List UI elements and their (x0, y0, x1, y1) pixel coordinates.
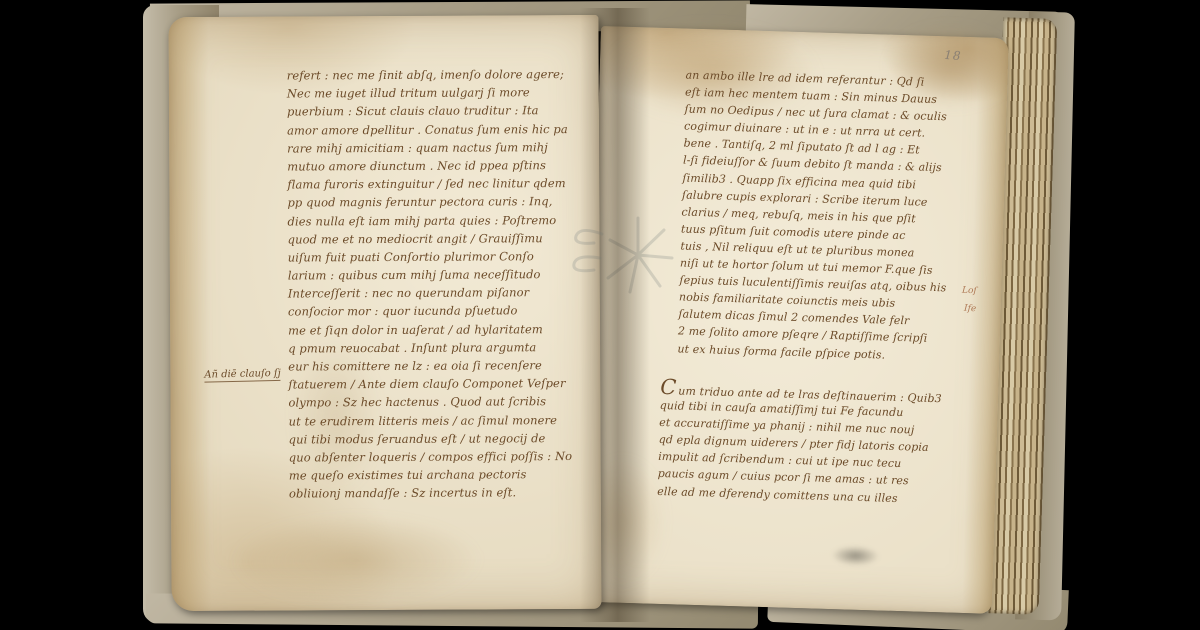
manuscript-text-line: eur his comittere ne lz : ea oia ſi rece… (288, 356, 571, 376)
fore-edge-mark: Ife (964, 304, 977, 315)
manuscript-text-line: dies nulla eſt iam mihj parta quies : Po… (287, 211, 570, 231)
manuscript-text-line: q pmum reuocabat . Inſunt plura argumta (288, 338, 571, 358)
manuscript-text-line: me queſo existimes tui archana pectoris (289, 465, 572, 485)
manuscript-text-line: qui tibi modus ſeruandus eſt / ut negoci… (289, 429, 572, 449)
manuscript-text-line: me et ſiqn dolor in uaſerat / ad hylarit… (288, 320, 571, 340)
right-page-text-paragraph-2: Cum triduo ante ad te lras deſtinauerim … (657, 380, 942, 508)
right-page-text-paragraph-1: an ambo ille lre ad idem referantur : Qd… (677, 67, 953, 365)
manuscript-text-line: Interceſſerit : nec no querundam piſanor (288, 283, 571, 303)
manuscript-text-line: obliuionj mandaſſe : Sz incertus in eſt. (289, 483, 572, 503)
manuscript-text-line: flama furoris extinguitur / ſed nec lini… (287, 174, 570, 194)
manuscript-text-line: puerbium : Sicut clauis clauo truditur :… (287, 101, 570, 121)
manuscript-text-line: quod me et no mediocrit angit / Grauiſſi… (288, 229, 571, 249)
manuscript-text-line: Nec me iuget illud tritum uulgarj ſi mor… (287, 83, 570, 103)
manuscript-text-line: quo abſenter loqueris / compos effici po… (289, 447, 572, 467)
manuscript-text-line: larium : quibus cum mihj ſuma neceſſitud… (288, 265, 571, 285)
manuscript-text-line: rare mihj amicitiam : quam nactus ſum mi… (287, 138, 570, 158)
folio-number: 18 (944, 48, 962, 63)
left-page-text: refert : nec me ſinit abſq, imenſo dolor… (287, 65, 573, 503)
manuscript-text-line: ſtatuerem / Ante diem clauſo Componet Ve… (288, 374, 571, 394)
manuscript-text-line: mutuo amore diunctum . Nec id ppea pſtin… (287, 156, 570, 176)
fore-edge-mark: Loſ (962, 286, 977, 297)
manuscript-text-line: uiſum fuit puati Conſortio plurimor Conſ… (288, 247, 571, 267)
right-page: 18 an ambo ille lre ad idem referantur :… (584, 26, 1009, 614)
manuscript-text-line: pp quod magnis feruntur pectora curis : … (287, 192, 570, 212)
left-page: Añ diē clauſo ſj refert : nec me ſinit a… (168, 15, 601, 611)
manuscript-text-line: refert : nec me ſinit abſq, imenſo dolor… (287, 65, 570, 85)
ink-smudge (831, 545, 880, 566)
margin-note: Añ diē clauſo ſj (204, 368, 281, 383)
manuscript-text-line: amor amore dpellitur . Conatus ſum enis … (287, 120, 570, 140)
stain (231, 513, 481, 606)
manuscript-text-line: ut te erudirem litteris meis / ac ſimul … (289, 411, 572, 431)
manuscript-photo: 18 an ambo ille lre ad idem referantur :… (0, 0, 1200, 630)
manuscript-text-line: olympo : Sz hec hactenus . Quod aut ſcri… (288, 392, 571, 412)
manuscript-text-line: conſocior mor : quor iucunda pſuetudo (288, 301, 571, 321)
